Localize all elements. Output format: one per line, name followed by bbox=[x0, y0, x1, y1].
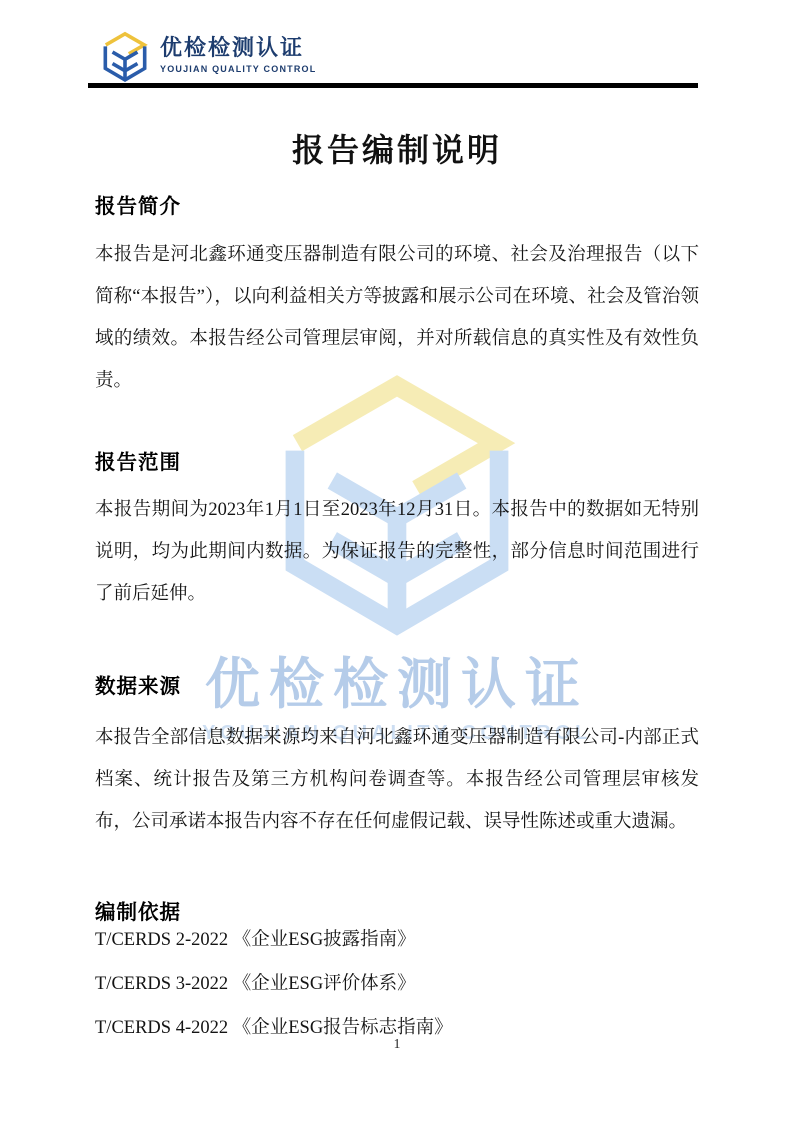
header: 优检检测认证 YOUJIAN QUALITY CONTROL bbox=[100, 30, 316, 84]
list-item: T/CERDS 3-2022 《企业ESG评价体系》 bbox=[95, 962, 699, 1006]
section-body-report-scope: 本报告期间为2023年1月1日至2023年12月31日。本报告中的数据如无特别说… bbox=[95, 489, 699, 615]
section-heading-report-scope: 报告范围 bbox=[95, 445, 699, 475]
report-page: 优检检测认证 YOUJIAN QUALITY CONTROL 优检检测认证 YO… bbox=[0, 0, 794, 1123]
section-heading-data-sources: 数据来源 bbox=[95, 669, 699, 699]
section-body-data-sources: 本报告全部信息数据来源均来自河北鑫环通变压器制造有限公司-内部正式档案、统计报告… bbox=[95, 717, 699, 843]
brand-cube-logo-icon bbox=[100, 30, 150, 84]
page-number: 1 bbox=[0, 1036, 794, 1052]
brand-name-cn: 优检检测认证 bbox=[160, 35, 316, 61]
section-body-report-intro: 本报告是河北鑫环通变压器制造有限公司的环境、社会及治理报告（以下简称“本报告”）… bbox=[95, 234, 699, 402]
header-divider-rule bbox=[88, 83, 698, 88]
list-item: T/CERDS 2-2022 《企业ESG披露指南》 bbox=[95, 918, 699, 962]
brand-text: 优检检测认证 YOUJIAN QUALITY CONTROL bbox=[160, 30, 316, 74]
brand-name-en: YOUJIAN QUALITY CONTROL bbox=[160, 64, 316, 74]
section-heading-report-intro: 报告简介 bbox=[95, 189, 699, 219]
reference-standard-list: T/CERDS 2-2022 《企业ESG披露指南》 T/CERDS 3-202… bbox=[95, 918, 699, 1050]
page-title: 报告编制说明 bbox=[95, 125, 699, 171]
